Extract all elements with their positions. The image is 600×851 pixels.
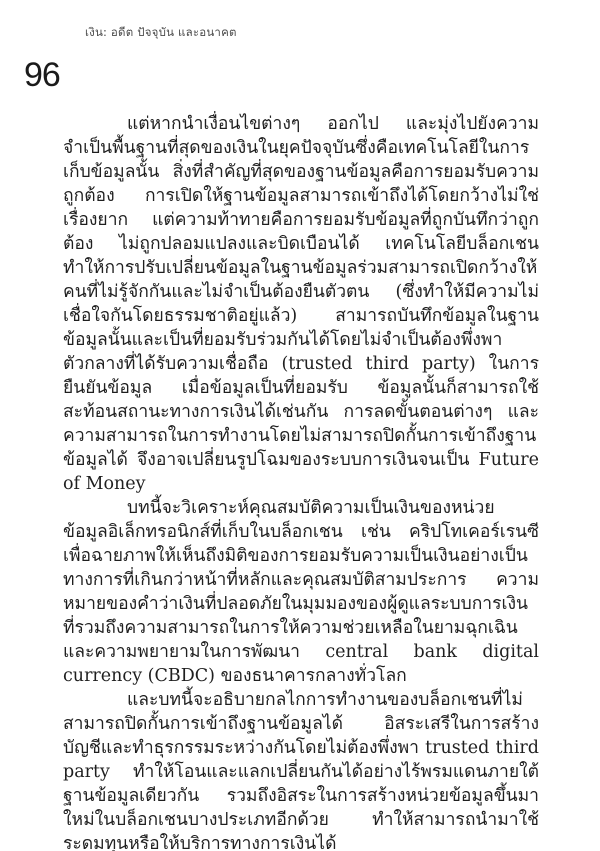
book-page: เงิน: อดีต ปัจจุบัน และอนาคต 96 แต่หากนำ…	[0, 0, 600, 851]
running-head: เงิน: อดีต ปัจจุบัน และอนาคต	[85, 24, 237, 42]
page-number: 96	[24, 58, 60, 92]
page-content: แต่หากนำเงื่อนไขต่างๆ ออกไป และมุ่งไปยัง…	[63, 112, 539, 851]
paragraph: แต่หากนำเงื่อนไขต่างๆ ออกไป และมุ่งไปยัง…	[63, 112, 539, 496]
paragraph: บทนี้จะวิเคราะห์คุณสมบัติความเป็นเงินของ…	[63, 496, 539, 688]
paragraph: และบทนี้จะอธิบายกลไกการทำงานของบล็อกเชนท…	[63, 688, 539, 851]
